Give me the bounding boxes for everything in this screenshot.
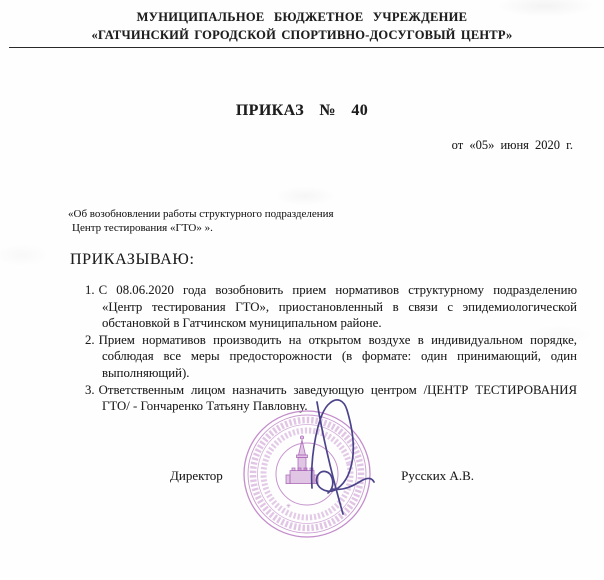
order-items-list: 1.С 08.06.2020 года возобновить прием но… — [85, 282, 577, 415]
item-text: С 08.06.2020 года возобновить прием норм… — [99, 283, 577, 330]
order-date: от «05» июня 2020 г. — [0, 138, 604, 153]
document-header: МУНИЦИПАЛЬНОЕ БЮДЖЕТНОЕ УЧРЕЖДЕНИЕ «ГАТЧ… — [0, 0, 604, 48]
seal-and-signature-layer: ✳ — [226, 390, 410, 578]
item-number: 1. — [85, 283, 99, 297]
order-title: ПРИКАЗ № 40 — [0, 102, 604, 120]
signer-position-label: Директор — [170, 468, 223, 484]
item-text: Прием нормативов производить на открытом… — [99, 333, 577, 380]
order-item: 1.С 08.06.2020 года возобновить прием но… — [85, 282, 577, 332]
signature-block: Директор Русских А.В. — [0, 468, 604, 484]
order-subject: «Об возобновлении работы структурного по… — [68, 208, 604, 235]
organization-name: «ГАТЧИНСКИЙ ГОРОДСКОЙ СПОРТИВНО-ДОСУГОВЫ… — [0, 28, 604, 43]
signature-ink — [312, 400, 374, 514]
order-subject-line2: Центр тестирования «ГТО» ». — [68, 222, 604, 236]
item-text: Ответственным лицом назначить заведующую… — [99, 383, 577, 414]
order-document-page: МУНИЦИПАЛЬНОЕ БЮДЖЕТНОЕ УЧРЕЖДЕНИЕ «ГАТЧ… — [0, 0, 604, 580]
header-divider — [9, 47, 604, 48]
item-number: 3. — [85, 383, 99, 397]
stamp-star-mark: ✳ — [286, 503, 291, 510]
order-subject-line1: «Об возобновлении работы структурного по… — [68, 208, 604, 222]
signer-name: Русских А.В. — [401, 468, 474, 484]
directive-label: ПРИКАЗЫВАЮ: — [70, 251, 604, 269]
order-item: 2.Прием нормативов производить на открыт… — [85, 332, 577, 382]
item-number: 2. — [85, 333, 99, 347]
organization-type: МУНИЦИПАЛЬНОЕ БЮДЖЕТНОЕ УЧРЕЖДЕНИЕ — [0, 10, 604, 25]
order-item: 3.Ответственным лицом назначить заведующ… — [85, 382, 577, 415]
